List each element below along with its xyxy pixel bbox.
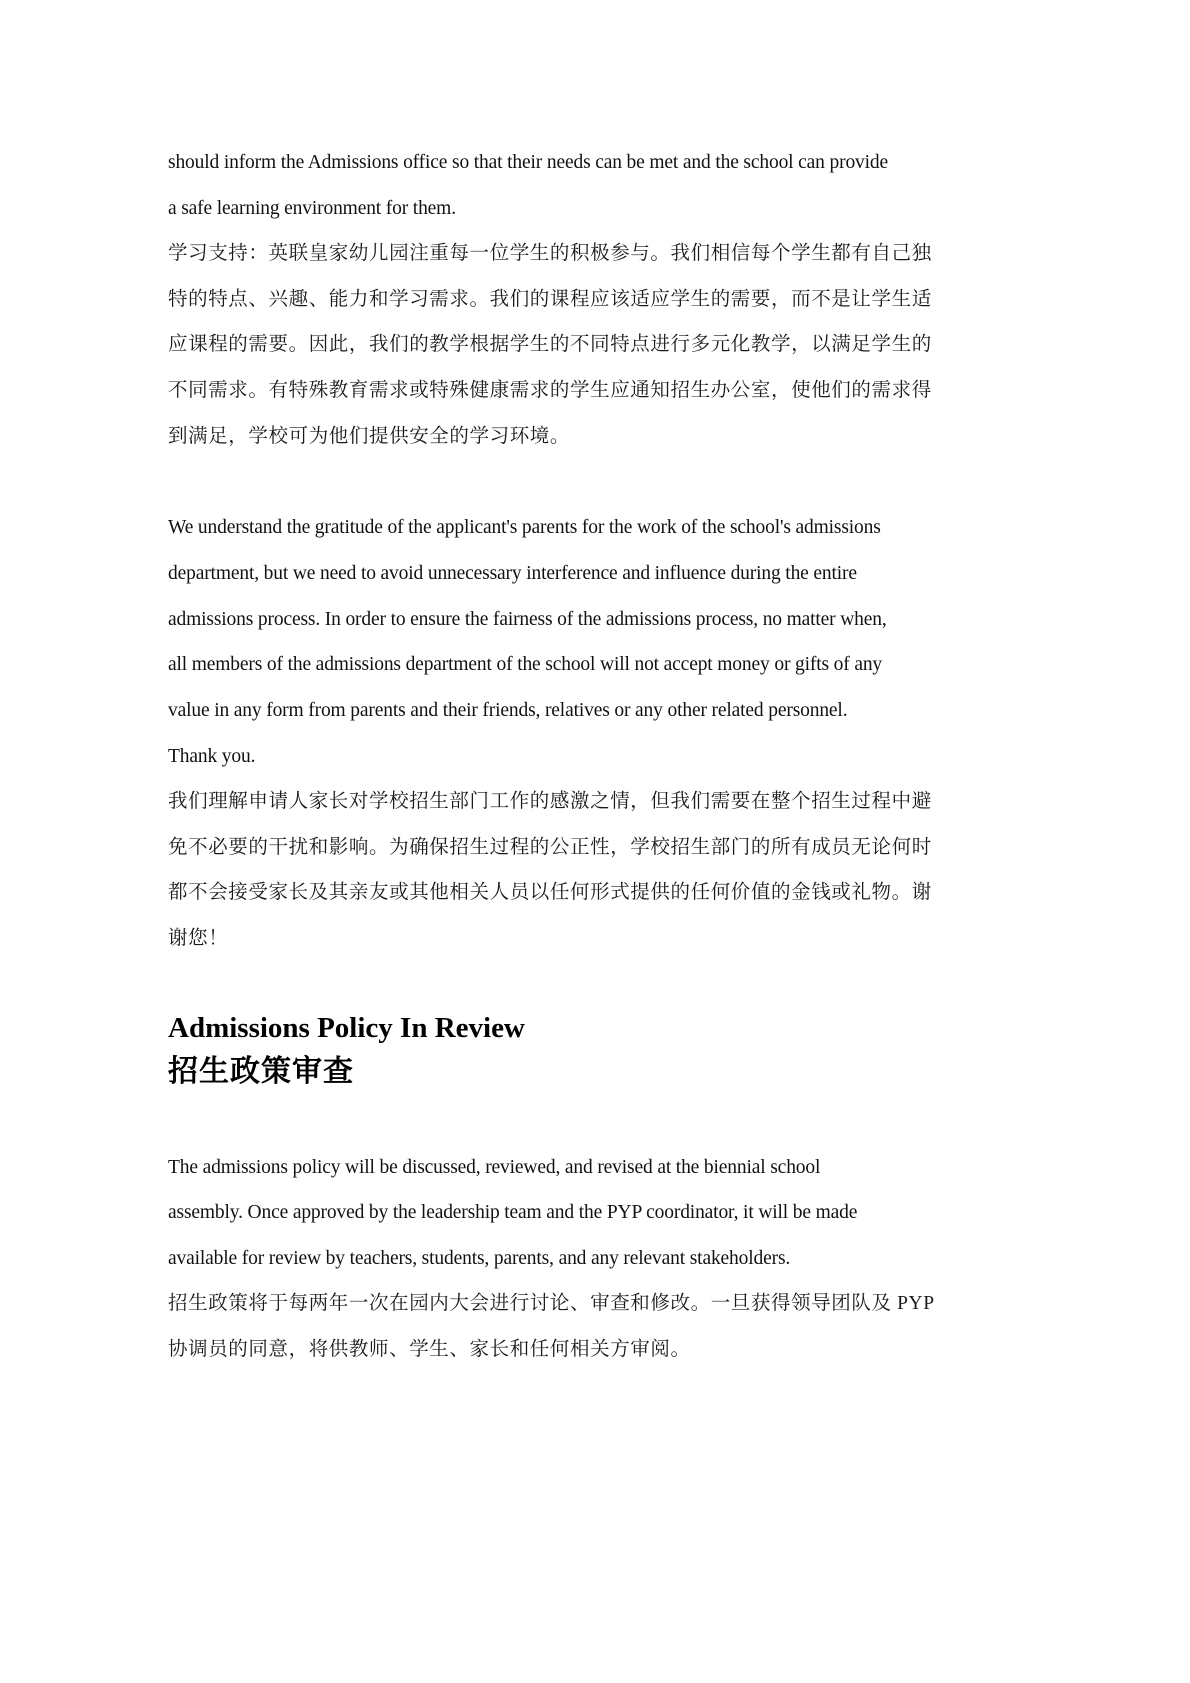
paragraph-line-en: admissions process. In order to ensure t… [168, 608, 887, 632]
paragraph-line-en: Thank you. [168, 745, 255, 769]
section-heading-zh: 招生政策审查 [168, 1054, 354, 1090]
paragraph-line-en: department, but we need to avoid unneces… [168, 562, 857, 586]
paragraph-line-zh: 到满足，学校可为他们提供安全的学习环境。 [168, 425, 570, 449]
paragraph-line-en: all members of the admissions department… [168, 653, 882, 677]
paragraph-line-zh: 特的特点、兴趣、能力和学习需求。我们的课程应该适应学生的需要，而不是让学生适 [168, 288, 932, 312]
paragraph-line-zh: 招生政策将于每两年一次在园内大会进行讨论、审查和修改。一旦获得领导团队及 PYP [168, 1292, 935, 1316]
paragraph-line-en: The admissions policy will be discussed,… [168, 1156, 820, 1180]
paragraph-line-zh: 都不会接受家长及其亲友或其他相关人员以任何形式提供的任何价值的金钱或礼物。谢 [168, 881, 932, 905]
paragraph-line-zh: 应课程的需要。因此，我们的教学根据学生的不同特点进行多元化教学，以满足学生的 [168, 333, 932, 357]
section-heading-en: Admissions Policy In Review [168, 1011, 525, 1045]
paragraph-line-en: assembly. Once approved by the leadershi… [168, 1201, 857, 1225]
document-page: should inform the Admissions office so t… [0, 0, 1190, 1683]
paragraph-line-en: value in any form from parents and their… [168, 699, 847, 723]
paragraph-line-zh: 学习支持：英联皇家幼儿园注重每一位学生的积极参与。我们相信每个学生都有自己独 [168, 242, 932, 266]
paragraph-line-en: a safe learning environment for them. [168, 197, 456, 221]
paragraph-line-zh: 协调员的同意，将供教师、学生、家长和任何相关方审阅。 [168, 1338, 691, 1362]
paragraph-line-zh: 不同需求。有特殊教育需求或特殊健康需求的学生应通知招生办公室，使他们的需求得 [168, 379, 932, 403]
paragraph-line-zh: 谢您！ [168, 927, 228, 951]
paragraph-line-en: should inform the Admissions office so t… [168, 151, 888, 175]
paragraph-line-en: We understand the gratitude of the appli… [168, 516, 881, 540]
paragraph-line-zh: 我们理解申请人家长对学校招生部门工作的感激之情，但我们需要在整个招生过程中避 [168, 790, 932, 814]
paragraph-line-zh: 免不必要的干扰和影响。为确保招生过程的公正性，学校招生部门的所有成员无论何时 [168, 836, 932, 860]
paragraph-line-en: available for review by teachers, studen… [168, 1247, 790, 1271]
